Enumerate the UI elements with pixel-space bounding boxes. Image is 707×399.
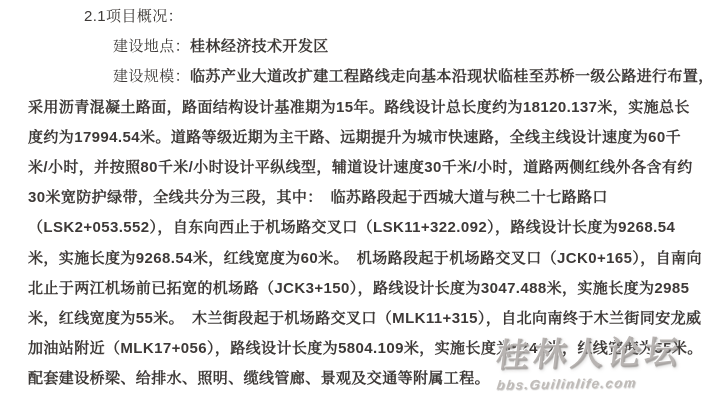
text-line: 配套建设桥梁、给排水、照明、缆线管廊、景观及交通等附属工程。 [0,364,707,394]
text-line: 建设地点：桂林经济技术开发区 [0,32,707,62]
text-segment: 桂林经济技术开发区 [190,38,329,55]
text-line: 加油站附近（MLK17+056），路线设计长度为5804.109米，实施长度为5… [0,334,707,364]
text-segment: 30米宽防护绿带，全线共分为三段，其中： 临苏路段起于西城大道与秧二十七路路口 [28,189,608,206]
text-segment: 临苏产业大道改扩建工程路线走向基本沿现状临桂至苏桥一级公路进行布置， [190,68,707,85]
text-segment: 米，实施长度为9268.54米，红线宽度为60米。 机场路段起于机场路交叉口（J… [28,250,702,267]
text-segment: 度约为17994.54米。道路等级近期为主干路、远期提升为城市快速路，全线主线设… [28,129,681,146]
text-line: 建设规模：临苏产业大道改扩建工程路线走向基本沿现状临桂至苏桥一级公路进行布置， [0,62,707,92]
document-body: 2.1项目概况：建设地点：桂林经济技术开发区建设规模：临苏产业大道改扩建工程路线… [0,2,707,394]
text-segment: 米，红线宽度为55米。 木兰街段起于机场路交叉口（MLK11+315），自北向南… [28,310,701,327]
text-segment: 建设规模： [113,68,190,85]
text-segment: （LSK2+053.552），自东向西止于机场路交叉口（LSK11+322.09… [28,219,675,236]
text-segment: 加油站附近（MLK17+056），路线设计长度为5804.109米，实施长度为5… [28,340,703,357]
text-line: 米，红线宽度为55米。 木兰街段起于机场路交叉口（MLK11+315），自北向南… [0,304,707,334]
text-segment: 建设地点： [113,38,190,55]
text-segment: 米/小时，并按照80千米/小时设计平纵线型，辅道设计速度30千米/小时，道路两侧… [28,159,693,176]
text-line: 2.1项目概况： [0,2,707,32]
text-line: 30米宽防护绿带，全线共分为三段，其中： 临苏路段起于西城大道与秧二十七路路口 [0,183,707,213]
text-segment: 采用沥青混凝土路面，路面结构设计基准期为15年。路线设计总长度约为18120.1… [28,99,690,116]
text-line: 米，实施长度为9268.54米，红线宽度为60米。 机场路段起于机场路交叉口（J… [0,244,707,274]
text-segment: 配套建设桥梁、给排水、照明、缆线管廊、景观及交通等附属工程。 [28,370,490,387]
text-line: 米/小时，并按照80千米/小时设计平纵线型，辅道设计速度30千米/小时，道路两侧… [0,153,707,183]
text-segment: 北止于两江机场前已拓宽的机场路（JCK3+150），路线设计长度为3047.48… [28,280,689,297]
text-line: 度约为17994.54米。道路等级近期为主干路、远期提升为城市快速路，全线主线设… [0,123,707,153]
text-line: 北止于两江机场前已拓宽的机场路（JCK3+150），路线设计长度为3047.48… [0,274,707,304]
document-page: 2.1项目概况：建设地点：桂林经济技术开发区建设规模：临苏产业大道改扩建工程路线… [0,0,707,399]
text-segment: 2.1项目概况： [84,8,183,25]
text-line: 采用沥青混凝土路面，路面结构设计基准期为15年。路线设计总长度约为18120.1… [0,93,707,123]
text-line: （LSK2+053.552），自东向西止于机场路交叉口（LSK11+322.09… [0,213,707,243]
